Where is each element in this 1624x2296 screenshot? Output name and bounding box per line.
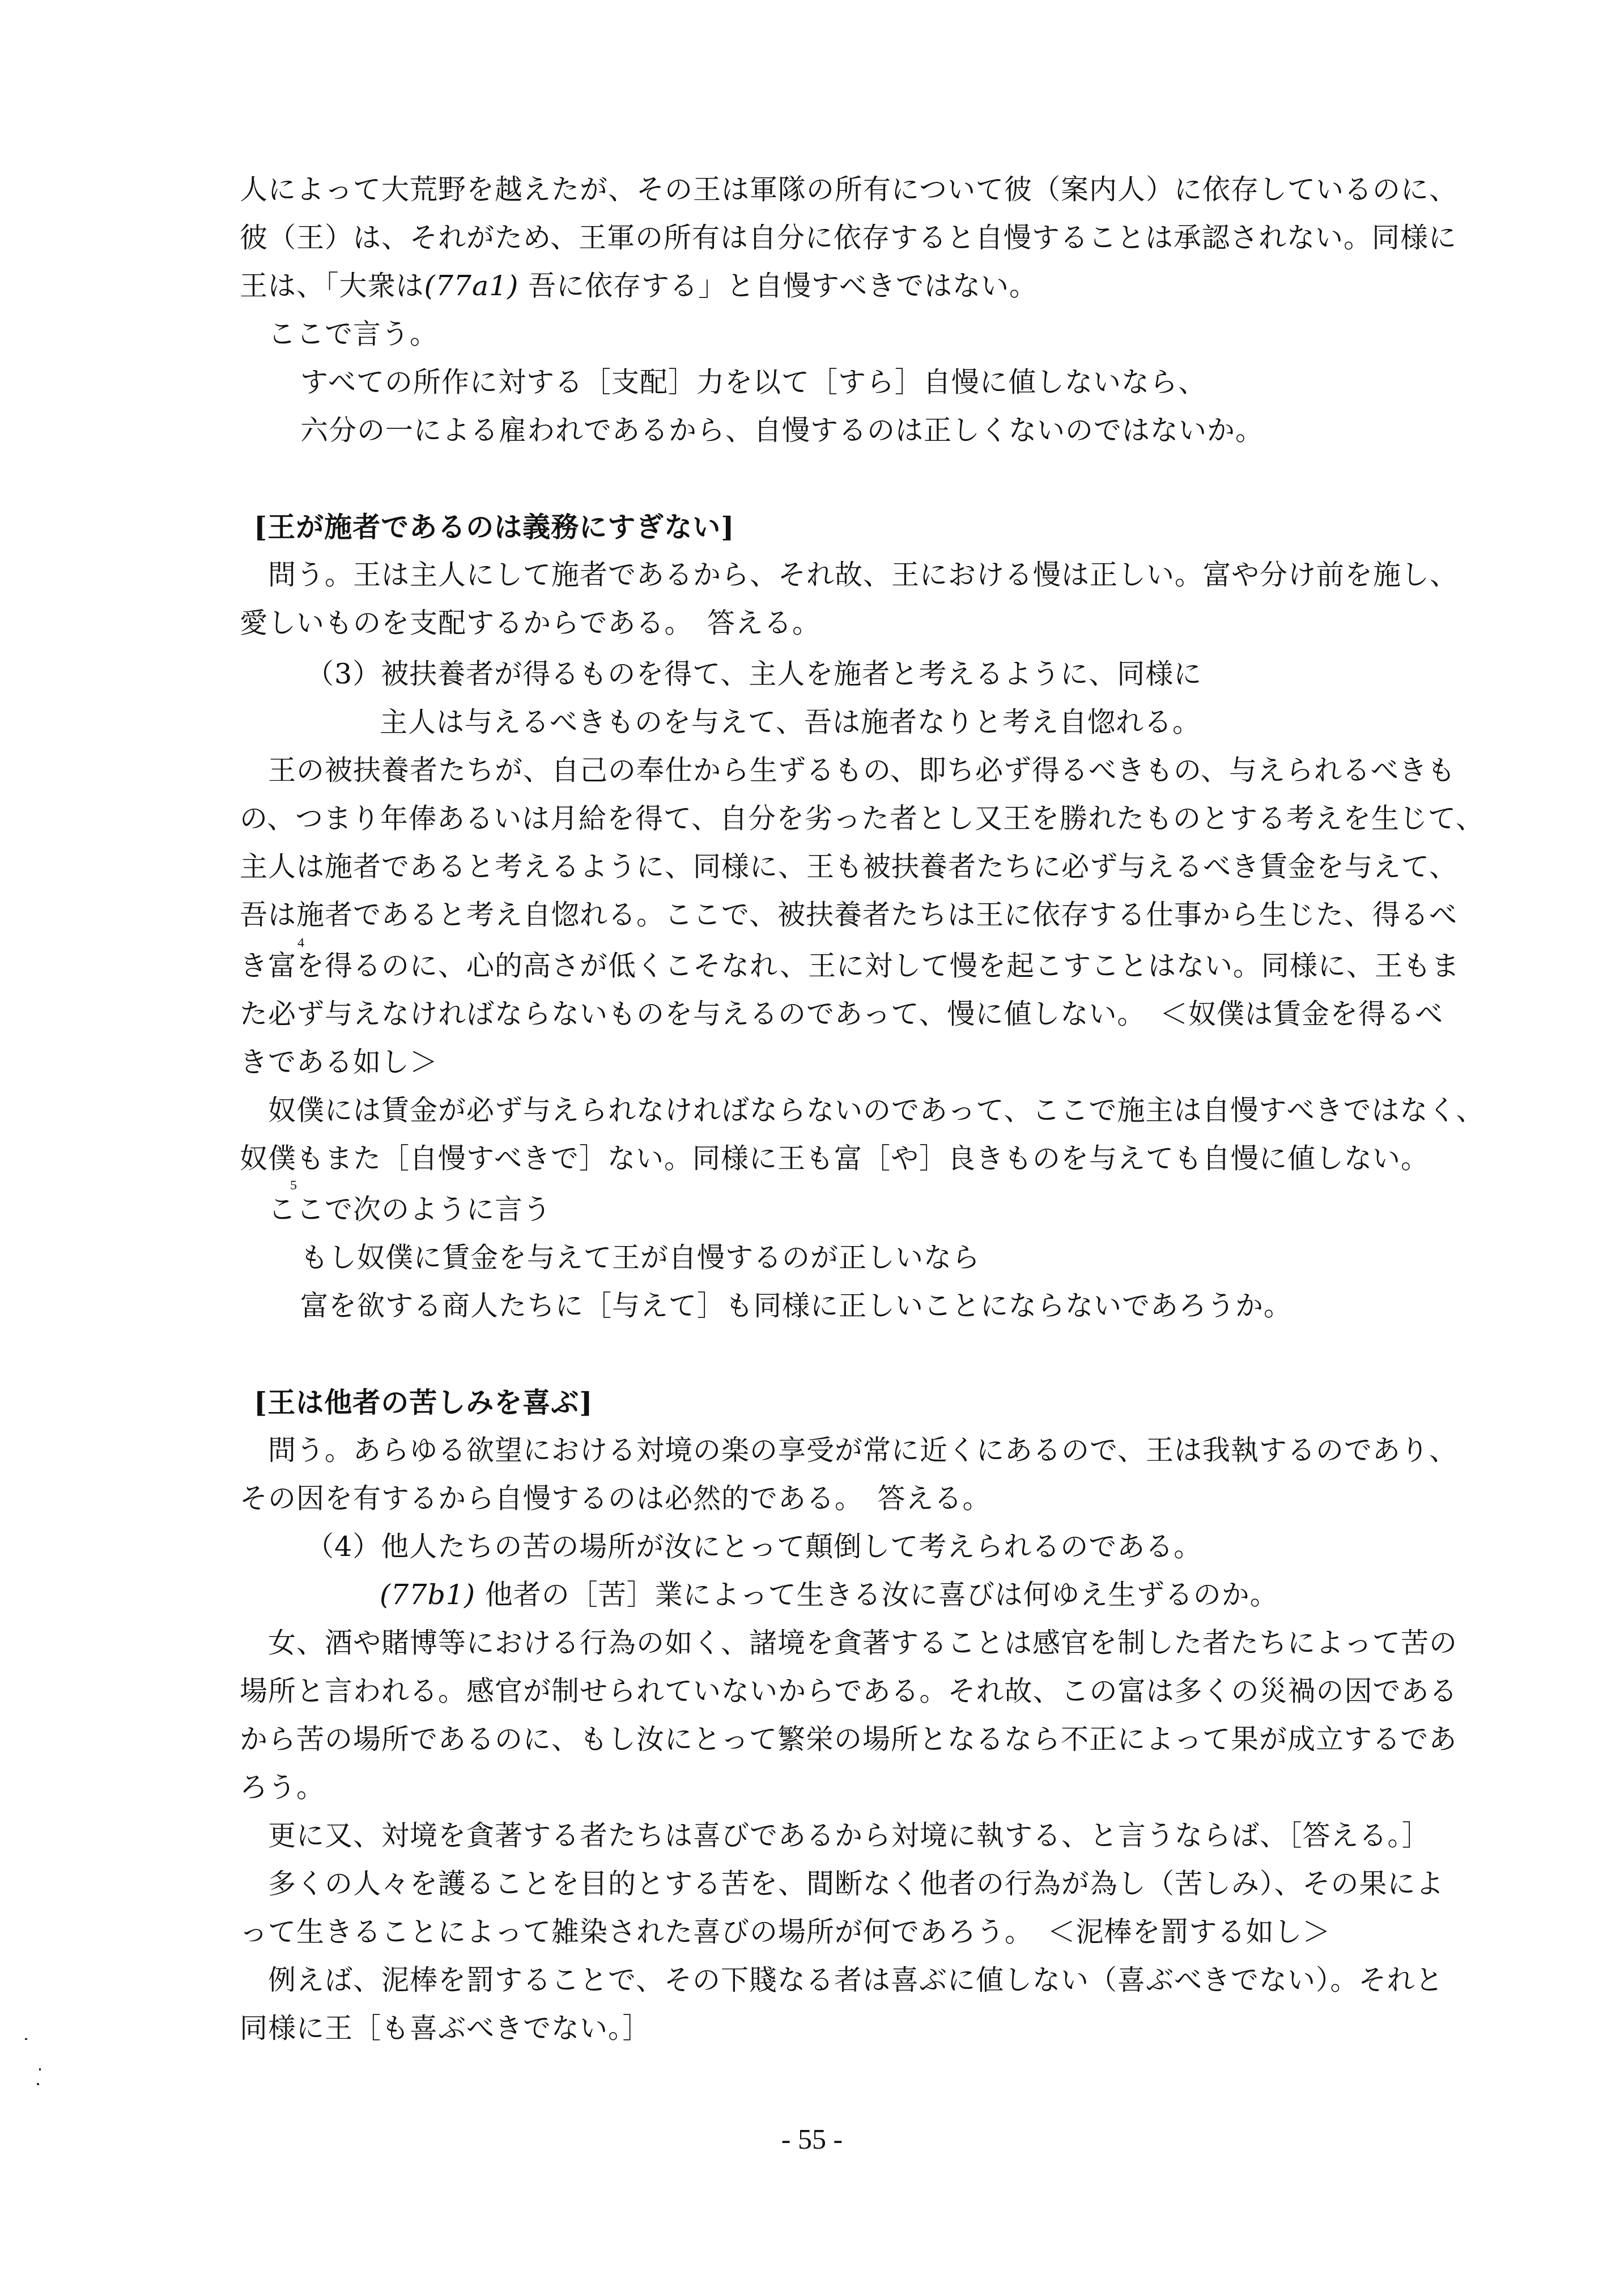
- body-line: 問う。王は主人にして施者であるから、それ故、王における慢は正しい。富や分け前を施…: [268, 558, 1458, 592]
- body-line: 同様に王［も喜ぶべきでない。］: [240, 2012, 651, 2046]
- body-line: 例えば、泥棒を罰することで、その下賤なる者は喜ぶに値しない（喜ぶべきでない）。そ…: [268, 1963, 1444, 1997]
- body-line: 吾は施者であると考え自惚れる。ここで、被扶養者たちは王に依存する仕事から生じた、…: [240, 898, 1457, 932]
- body-line: ここで言う。: [268, 317, 438, 351]
- body-line: 更に又、対境を貪著する者たちは喜びであるから対境に執する、と言うならば、［答える…: [268, 1819, 1430, 1853]
- body-line: の、つまり年俸あるいは月給を得て、自分を劣った者とし又王を勝れたものとする考えを…: [240, 802, 1484, 836]
- body-line: 王の被扶養者たちが、自己の奉仕から生ずるもの、即ち必ず得るべきもの、与えられるべ…: [268, 754, 1456, 788]
- verse-line: 六分の一による雇われであるから、自慢するのは正しくないのではないか。: [300, 414, 1264, 448]
- body-line: ここで次のように言う: [268, 1193, 551, 1227]
- body-line: 彼（王）は、それがため、王軍の所有は自分に依存すると自慢することは承認されない。…: [240, 221, 1457, 255]
- body-line: た必ず与えなければならないものを与えるのであって、慢に値しない。 ＜奴僕は賃金を…: [240, 997, 1443, 1031]
- body-text: 王は、「大衆は: [240, 270, 424, 302]
- body-line: 主人は施者であると考えるように、同様に、王も被扶養者たちに必ず与えるべき賃金を与…: [240, 850, 1457, 884]
- section-heading: [王が施者であるのは義務にすぎない]: [254, 510, 734, 544]
- body-line: ろう。: [240, 1771, 325, 1805]
- verse-line: 富を欲する商人たちに［与えて］も同様に正しいことにならないであろうか。: [300, 1289, 1292, 1323]
- body-line: 奴僕には賃金が必ず与えられなければならないのであって、ここで施主は自慢すべきでは…: [268, 1094, 1485, 1128]
- body-text: 他者の［苦］業によって生きる汝に喜びは何ゆえ生ずるのか。: [485, 1579, 1278, 1611]
- folio-reference: (77a1): [424, 270, 519, 302]
- body-line: 人によって大荒野を越えたが、その王は軍隊の所有について彼（案内人）に依存している…: [240, 173, 1457, 207]
- verse-line: もし奴僕に賃金を与えて王が自慢するのが正しいなら: [300, 1241, 980, 1275]
- body-line: って生きることによって雑染された喜びの場所が何であろう。 ＜泥棒を罰する如し＞: [240, 1915, 1331, 1949]
- body-line: き富を得るのに、心的高さが低くこそなれ、王に対して慢を起こすことはない。同様に、…: [240, 949, 1460, 983]
- body-line: 奴僕もまた［自慢すべきで］ない。同様に王も富［や］良きものを与えても自慢に値しな…: [240, 1142, 1429, 1176]
- body-line: 女、酒や賭博等における行為の如く、諸境を貪著することは感官を制した者たちによって…: [268, 1626, 1457, 1660]
- page-number: - 55 -: [0, 2122, 1624, 2156]
- body-line: 多くの人々を護ることを目的とする苦を、間断なく他者の行為が為し（苦しみ）、その果…: [268, 1867, 1444, 1901]
- section-heading: [王は他者の苦しみを喜ぶ]: [254, 1385, 593, 1419]
- scan-speck: [25, 2038, 27, 2040]
- folio-reference: (77b1): [380, 1579, 475, 1611]
- verse-line: （3）被扶養者が得るものを得て、主人を施者と考えるように、同様に: [306, 657, 1202, 691]
- body-text: 吾に依存する」と自慢すべきではない。: [528, 270, 1038, 302]
- verse-line: 主人は与えるべきものを与えて、吾は施者なりと考え自惚れる。: [380, 705, 1201, 739]
- scan-speck: [37, 2083, 39, 2085]
- body-line: 問う。あらゆる欲望における対境の楽の享受が常に近くにあるので、王は我執するのであ…: [268, 1434, 1457, 1468]
- body-line: 愛しいものを支配するからである。 答える。: [240, 606, 820, 640]
- footnote-marker: 5: [290, 1179, 297, 1192]
- verse-line: （4）他人たちの苦の場所が汝にとって顛倒して考えられるのである。: [306, 1530, 1202, 1564]
- body-line: 王は、「大衆は(77a1) 吾に依存する」と自慢すべきではない。: [240, 269, 1038, 303]
- document-page: 人によって大荒野を越えたが、その王は軍隊の所有について彼（案内人）に依存している…: [0, 0, 1624, 2296]
- footnote-marker: 4: [297, 936, 304, 950]
- body-line: 場所と言われる。感官が制せられていないからである。それ故、この富は多くの災禍の因…: [240, 1674, 1458, 1708]
- verse-line: すべての所作に対する［支配］力を以て［すら］自慢に値しないなら、: [300, 365, 1206, 399]
- body-line: きである如し＞: [240, 1045, 438, 1079]
- body-line: その因を有するから自慢するのは必然的である。 答える。: [240, 1482, 991, 1516]
- scan-speck: [39, 2068, 41, 2070]
- verse-line: (77b1) 他者の［苦］業によって生きる汝に喜びは何ゆえ生ずるのか。: [380, 1578, 1278, 1612]
- body-line: から苦の場所であるのに、もし汝にとって繁栄の場所となるなら不正によって果が成立す…: [240, 1723, 1457, 1757]
